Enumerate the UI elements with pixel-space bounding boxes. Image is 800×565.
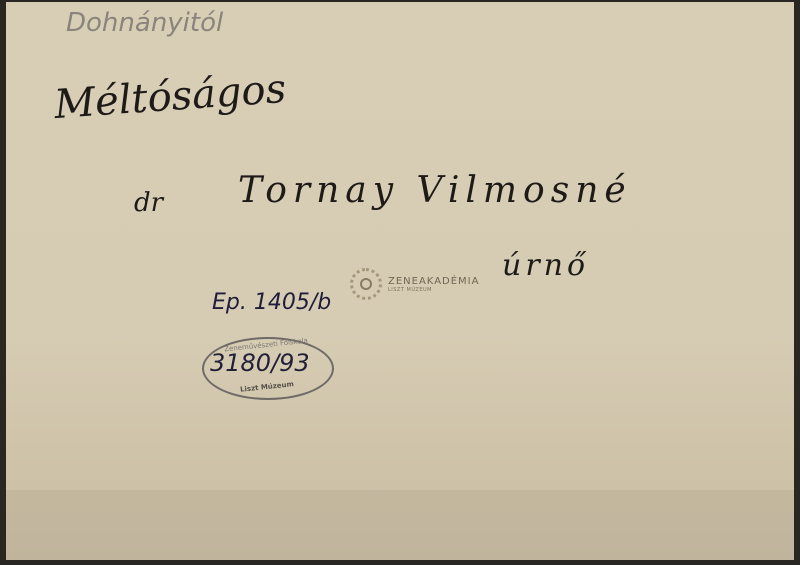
pencil-note: Dohnányitól [66,8,223,38]
watermark-title: ZENEAKADÉMIA [388,276,479,287]
zeneakademia-logo-icon [350,268,382,300]
handwriting-line-1: Méltóságos [53,66,288,128]
envelope-scan: Dohnányitól Méltóságos dr Tornay Vilmosn… [6,2,794,560]
stamp-bottom-text: Liszt Múzeum [240,380,294,394]
catalog-mark: Ep. 1405/b [212,290,331,315]
handwriting-line-2: Tornay Vilmosné [238,170,632,211]
handwriting-prefix: dr [134,188,163,218]
watermark: ZENEAKADÉMIA LISZT MÚZEUM [350,268,479,300]
handwriting-line-3: úrnő [502,248,589,283]
stamp-number: 3180/93 [210,349,310,377]
museum-stamp: Zeneművészeti Főiskola 3180/93 Liszt Múz… [202,337,334,400]
watermark-subtitle: LISZT MÚZEUM [388,287,479,293]
